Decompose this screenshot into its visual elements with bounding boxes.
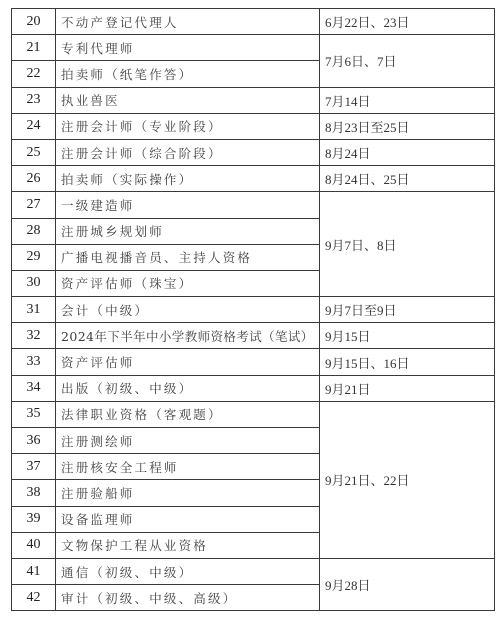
row-number: 42 <box>12 585 56 611</box>
exam-name: 注册验船师 <box>56 480 320 506</box>
exam-name: 注册会计师（专业阶段） <box>56 113 320 139</box>
table-row: 20不动产登记代理人6月22日、23日 <box>12 9 495 35</box>
exam-name: 审计（初级、中级、高级） <box>56 585 320 611</box>
row-number: 25 <box>12 139 56 165</box>
row-number: 41 <box>12 558 56 584</box>
row-number: 26 <box>12 166 56 192</box>
row-number: 27 <box>12 192 56 218</box>
table-row: 322024年下半年中小学教师资格考试（笔试）9月15日 <box>12 323 495 349</box>
row-number: 29 <box>12 244 56 270</box>
row-number: 32 <box>12 323 56 349</box>
exam-name: 广播电视播音员、主持人资格 <box>56 244 320 270</box>
table-row: 31会计（中级）9月7日至9日 <box>12 297 495 323</box>
exam-name: 通信（初级、中级） <box>56 558 320 584</box>
exam-date: 6月22日、23日 <box>320 9 495 35</box>
row-number: 34 <box>12 375 56 401</box>
row-number: 33 <box>12 349 56 375</box>
table-row: 27一级建造师9月7日、8日 <box>12 192 495 218</box>
exam-name: 出版（初级、中级） <box>56 375 320 401</box>
exam-name: 注册核安全工程师 <box>56 454 320 480</box>
exam-date: 9月15日、16日 <box>320 349 495 375</box>
exam-name: 注册城乡规划师 <box>56 218 320 244</box>
exam-name: 设备监理师 <box>56 506 320 532</box>
exam-name: 专利代理师 <box>56 35 320 61</box>
table-row: 35法律职业资格（客观题）9月21日、22日 <box>12 401 495 427</box>
row-number: 21 <box>12 35 56 61</box>
table-row: 33资产评估师9月15日、16日 <box>12 349 495 375</box>
exam-date: 8月24日、25日 <box>320 166 495 192</box>
row-number: 39 <box>12 506 56 532</box>
exam-date: 9月21日 <box>320 375 495 401</box>
table-row: 23执业兽医7月14日 <box>12 87 495 113</box>
row-number: 36 <box>12 428 56 454</box>
exam-name: 资产评估师 <box>56 349 320 375</box>
row-number: 31 <box>12 297 56 323</box>
exam-name: 会计（中级） <box>56 297 320 323</box>
exam-date: 7月14日 <box>320 87 495 113</box>
exam-schedule-body: 20不动产登记代理人6月22日、23日21专利代理师7月6日、7日22拍卖师（纸… <box>12 9 495 611</box>
table-row: 41通信（初级、中级）9月28日 <box>12 558 495 584</box>
exam-name: 拍卖师（实际操作） <box>56 166 320 192</box>
row-number: 37 <box>12 454 56 480</box>
row-number: 38 <box>12 480 56 506</box>
exam-name: 注册会计师（综合阶段） <box>56 139 320 165</box>
exam-name: 资产评估师（珠宝） <box>56 270 320 296</box>
row-number: 30 <box>12 270 56 296</box>
table-row: 26拍卖师（实际操作）8月24日、25日 <box>12 166 495 192</box>
table-row: 24注册会计师（专业阶段）8月23日至25日 <box>12 113 495 139</box>
exam-name: 法律职业资格（客观题） <box>56 401 320 427</box>
exam-date: 7月6日、7日 <box>320 35 495 87</box>
row-number: 24 <box>12 113 56 139</box>
exam-name: 一级建造师 <box>56 192 320 218</box>
exam-date: 8月23日至25日 <box>320 113 495 139</box>
exam-name: 注册测绘师 <box>56 428 320 454</box>
exam-name: 不动产登记代理人 <box>56 9 320 35</box>
row-number: 20 <box>12 9 56 35</box>
exam-name: 2024年下半年中小学教师资格考试（笔试） <box>56 323 320 349</box>
row-number: 23 <box>12 87 56 113</box>
row-number: 35 <box>12 401 56 427</box>
row-number: 40 <box>12 532 56 558</box>
exam-schedule-table: 20不动产登记代理人6月22日、23日21专利代理师7月6日、7日22拍卖师（纸… <box>11 8 495 611</box>
exam-date: 9月7日至9日 <box>320 297 495 323</box>
exam-date: 9月21日、22日 <box>320 401 495 558</box>
exam-name: 执业兽医 <box>56 87 320 113</box>
exam-date: 9月15日 <box>320 323 495 349</box>
exam-date: 9月7日、8日 <box>320 192 495 297</box>
exam-date: 9月28日 <box>320 558 495 610</box>
table-row: 21专利代理师7月6日、7日 <box>12 35 495 61</box>
exam-name: 拍卖师（纸笔作答） <box>56 61 320 87</box>
table-row: 34出版（初级、中级）9月21日 <box>12 375 495 401</box>
row-number: 22 <box>12 61 56 87</box>
row-number: 28 <box>12 218 56 244</box>
table-row: 25注册会计师（综合阶段）8月24日 <box>12 139 495 165</box>
exam-name: 文物保护工程从业资格 <box>56 532 320 558</box>
exam-date: 8月24日 <box>320 139 495 165</box>
